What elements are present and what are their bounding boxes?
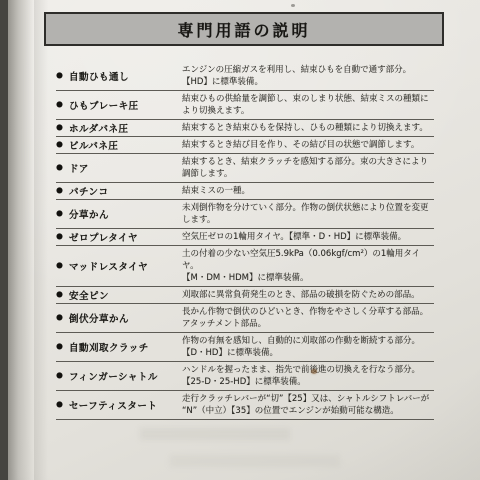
- manual-page-photo: 専門用語の説明 ● 自動ひも通し エンジンの圧縮ガスを利用し、結束ひもを自動で通…: [0, 0, 480, 480]
- photo-vignette: [0, 0, 480, 480]
